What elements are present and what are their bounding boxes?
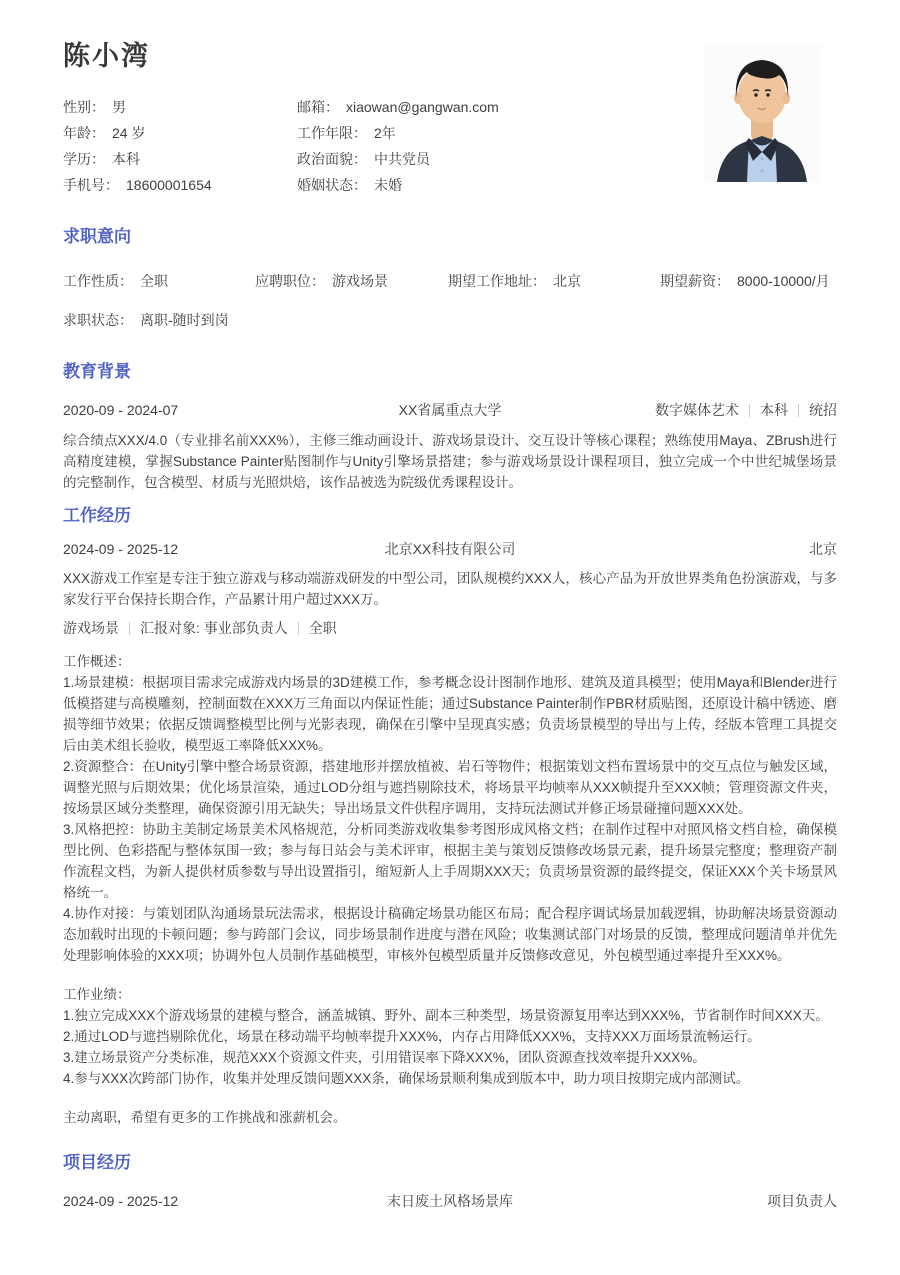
field-value: xiaowan@gangwan.com: [346, 99, 499, 115]
job-intention-row-1: 工作性质：全职 应聘职位：游戏场景 期望工作地址：北京 期望薪资：8000-10…: [63, 270, 837, 292]
work-achievements-label: 工作业绩：: [63, 984, 837, 1005]
field-label: 学历：: [63, 151, 105, 167]
report-to: 汇报对象: 事业部负责人: [140, 620, 288, 636]
field-label: 婚姻状态：: [297, 177, 367, 193]
field-label: 工作年限：: [297, 125, 367, 141]
work-overview-item: 4.协作对接：与策划团队沟通场景玩法需求，根据设计稿确定场景功能区布局；配合程序…: [63, 903, 837, 966]
employment-type: 全职: [309, 620, 337, 636]
project-period: 2024-09 - 2025-12: [63, 1190, 387, 1212]
education-major: 数字媒体艺术: [655, 402, 739, 418]
field-value: 游戏场景: [332, 273, 388, 289]
work-location: 北京: [515, 538, 837, 560]
project-name: 末日废土风格场景库: [387, 1190, 513, 1212]
field-label: 邮箱：: [297, 99, 339, 115]
education-period: 2020-09 - 2024-07: [63, 399, 399, 421]
section-title-job-intention: 求职意向: [63, 226, 837, 248]
field-label: 工作性质：: [63, 273, 133, 289]
job-intention-row-2: 求职状态：离职-随时到岗: [63, 309, 837, 331]
work-achievement-item: 4.参与XXX次跨部门协作，收集并处理反馈问题XXX条，确保场景顺利集成到版本中…: [63, 1068, 837, 1089]
work-achievement-item: 2.通过LOD与遮挡剔除优化，场景在移动端平均帧率提升XXX%，内存占用降低XX…: [63, 1026, 837, 1047]
project-meta-row: 2024-09 - 2025-12 末日废土风格场景库 项目负责人: [63, 1190, 837, 1212]
field-value: 离职-随时到岗: [140, 312, 229, 328]
field-label: 应聘职位：: [255, 273, 325, 289]
info-field-gender: 性别：男: [63, 94, 297, 120]
field-value: 24 岁: [112, 125, 145, 141]
field-value: 男: [112, 99, 126, 115]
section-title-education: 教育背景: [63, 361, 837, 383]
field-value: 本科: [112, 151, 140, 167]
ji-field-job-status: 求职状态：离职-随时到岗: [63, 309, 229, 331]
work-achievement-item: 1.独立完成XXX个游戏场景的建模与整合，涵盖城镇、野外、副本三种类型，场景资源…: [63, 1005, 837, 1026]
field-label: 性别：: [63, 99, 105, 115]
ji-field-expected-salary: 期望薪资：8000-10000/月: [660, 270, 837, 292]
headshot-illustration: [703, 45, 820, 182]
field-value: 2年: [374, 125, 396, 141]
education-description: 综合绩点XXX/4.0（专业排名前XXX%），主修三维动画设计、游戏场景设计、交…: [63, 430, 837, 493]
education-school: XX省属重点大学: [399, 399, 502, 421]
profile-photo: [703, 45, 820, 182]
work-achievement-item: 3.建立场景资产分类标准，规范XXX个资源文件夹，引用错误率下降XXX%，团队资…: [63, 1047, 837, 1068]
ji-field-work-type: 工作性质：全职: [63, 270, 255, 292]
work-period: 2024-09 - 2025-12: [63, 538, 385, 560]
ji-field-target-city: 期望工作地址：北京: [448, 270, 660, 292]
field-value: 中共党员: [374, 151, 430, 167]
company-intro: XXX游戏工作室是专注于独立游戏与移动端游戏研发的中型公司，团队规模约XXX人，…: [63, 568, 837, 610]
vertical-divider: [749, 404, 750, 417]
education-degree-group: 数字媒体艺术本科统招: [501, 399, 837, 421]
field-label: 求职状态：: [63, 312, 133, 328]
info-field-age: 年龄：24 岁: [63, 120, 297, 146]
field-label: 期望薪资：: [660, 273, 730, 289]
field-value: 全职: [140, 273, 168, 289]
field-value: 未婚: [374, 177, 402, 193]
field-label: 期望工作地址：: [448, 273, 546, 289]
work-achievements-block: 工作业绩： 1.独立完成XXX个游戏场景的建模与整合，涵盖城镇、野外、副本三种类…: [63, 984, 837, 1089]
work-overview-block: 工作概述： 1.场景建模：根据项目需求完成游戏内场景的3D建模工作，参考概念设计…: [63, 651, 837, 966]
work-overview-item: 3.风格把控：协助主美制定场景美术风格规范，分析同类游戏收集参考图形成风格文档；…: [63, 819, 837, 903]
work-overview-item: 1.场景建模：根据项目需求完成游戏内场景的3D建模工作，参考概念设计图制作地形、…: [63, 672, 837, 756]
project-role: 项目负责人: [513, 1190, 837, 1212]
field-label: 手机号：: [63, 177, 119, 193]
leaving-reason: 主动离职，希望有更多的工作挑战和涨薪机会。: [63, 1107, 837, 1128]
education-meta-row: 2020-09 - 2024-07 XX省属重点大学 数字媒体艺术本科统招: [63, 399, 837, 421]
work-overview-item: 2.资源整合：在Unity引擎中整合场景资源，搭建地形并摆放植被、岩石等物件；根…: [63, 756, 837, 819]
ji-field-target-position: 应聘职位：游戏场景: [255, 270, 448, 292]
vertical-divider: [129, 622, 130, 635]
vertical-divider: [798, 404, 799, 417]
field-label: 政治面貌：: [297, 151, 367, 167]
field-value: 18600001654: [126, 177, 212, 193]
education-admission-type: 统招: [809, 402, 837, 418]
info-field-education: 学历：本科: [63, 146, 297, 172]
section-title-work-experience: 工作经历: [63, 505, 837, 527]
section-title-project-experience: 项目经历: [63, 1152, 837, 1174]
work-meta-row: 2024-09 - 2025-12 北京XX科技有限公司 北京: [63, 538, 837, 560]
field-value: 北京: [553, 273, 581, 289]
position-name: 游戏场景: [63, 620, 119, 636]
work-company: 北京XX科技有限公司: [385, 538, 516, 560]
position-row: 游戏场景汇报对象: 事业部负责人全职: [63, 617, 837, 639]
resume-page: 陈小湾 性别：男 邮箱：xiaowan@gangwan.com 年龄：24 岁: [0, 0, 900, 1275]
vertical-divider: [298, 622, 299, 635]
field-label: 年龄：: [63, 125, 105, 141]
info-field-phone: 手机号：18600001654: [63, 172, 297, 198]
education-degree: 本科: [760, 402, 788, 418]
work-overview-label: 工作概述：: [63, 651, 837, 672]
field-value: 8000-10000/月: [737, 273, 830, 289]
